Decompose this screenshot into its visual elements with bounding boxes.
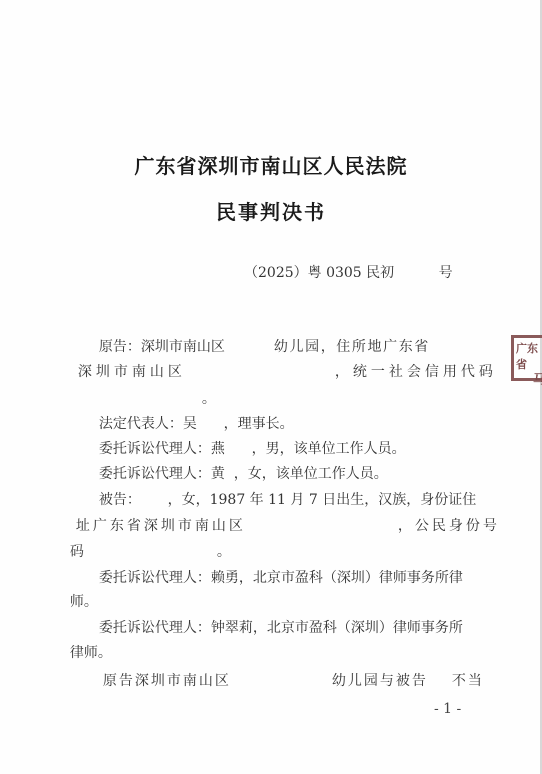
document-type: 民事判决书 <box>0 196 542 225</box>
seal-text-line-2: 马 <box>516 373 542 389</box>
defendant-id-line: 码 <box>61 519 84 541</box>
text-segment: 委托诉讼代理人：赖勇，北京市盈科（深圳）律师事务所律 <box>99 570 463 586</box>
page-number: - 1 - <box>434 701 461 717</box>
text-segment: 码 <box>70 544 84 560</box>
defendant-id-label: ，公民身份号 <box>383 493 500 515</box>
case-summary-mid: 幼儿园与被告 <box>319 648 428 670</box>
defendant-agent-2-line: 委托诉讼代理人：钟翠莉，北京市盈科（深圳）律师事务所 <box>90 595 463 617</box>
plaintiff-end-mark: 。 <box>193 366 216 388</box>
defendant-agent-1-line: 委托诉讼代理人：赖勇，北京市盈科（深圳）律师事务所律 <box>90 545 463 567</box>
case-summary-tail: 不当 <box>439 648 484 670</box>
defendant-agent-2-cont: 律师。 <box>61 620 112 642</box>
defendant-address-line: 址广东省深圳市南山区 <box>61 493 246 515</box>
defendant-line: 被告： ，女，1987 年 11 月 7 日出生，汉族，身份证住 <box>90 467 476 489</box>
court-name: 广东省深圳市南山区人民法院 <box>0 150 542 179</box>
text-segment: 幼儿园与被告 <box>332 673 428 689</box>
plaintiff-agent-2-line: 委托诉讼代理人：黄 ，女，该单位工作人员。 <box>90 441 388 463</box>
plaintiff-address-line: 深圳市南山区 <box>61 339 186 361</box>
plaintiff-credit-code-label: ，统一社会信用代码 <box>318 339 497 361</box>
court-seal-stamp: 广东省 马 <box>511 335 542 381</box>
text-segment: 深圳市南山区 <box>78 364 186 380</box>
case-summary-line: 原告深圳市南山区 <box>90 648 231 670</box>
text-segment: 委托诉讼代理人：钟翠莉，北京市盈科（深圳）律师事务所 <box>99 620 463 636</box>
defendant-id-end-mark: 。 <box>208 519 231 541</box>
text-segment: ，统一社会信用代码 <box>335 364 497 380</box>
text-segment: 原告深圳市南山区 <box>103 673 231 689</box>
text-segment: ，公民身份号 <box>398 518 500 534</box>
legal-representative-line: 法定代表人：吴 ，理事长。 <box>90 391 294 413</box>
defendant-agent-1-cont: 师。 <box>61 569 98 591</box>
plaintiff-agent-1-line: 委托诉讼代理人：燕 ，男，该单位工作人员。 <box>90 416 406 438</box>
plaintiff-line-tail: 幼儿园，住所地广东省 <box>265 314 430 336</box>
text-segment: 不当 <box>452 673 484 689</box>
seal-text-line-1: 广东省 <box>516 341 542 373</box>
plaintiff-line: 原告：深圳市南山区 <box>90 314 225 336</box>
case-number: （2025）粤 0305 民初 号 <box>244 262 453 282</box>
